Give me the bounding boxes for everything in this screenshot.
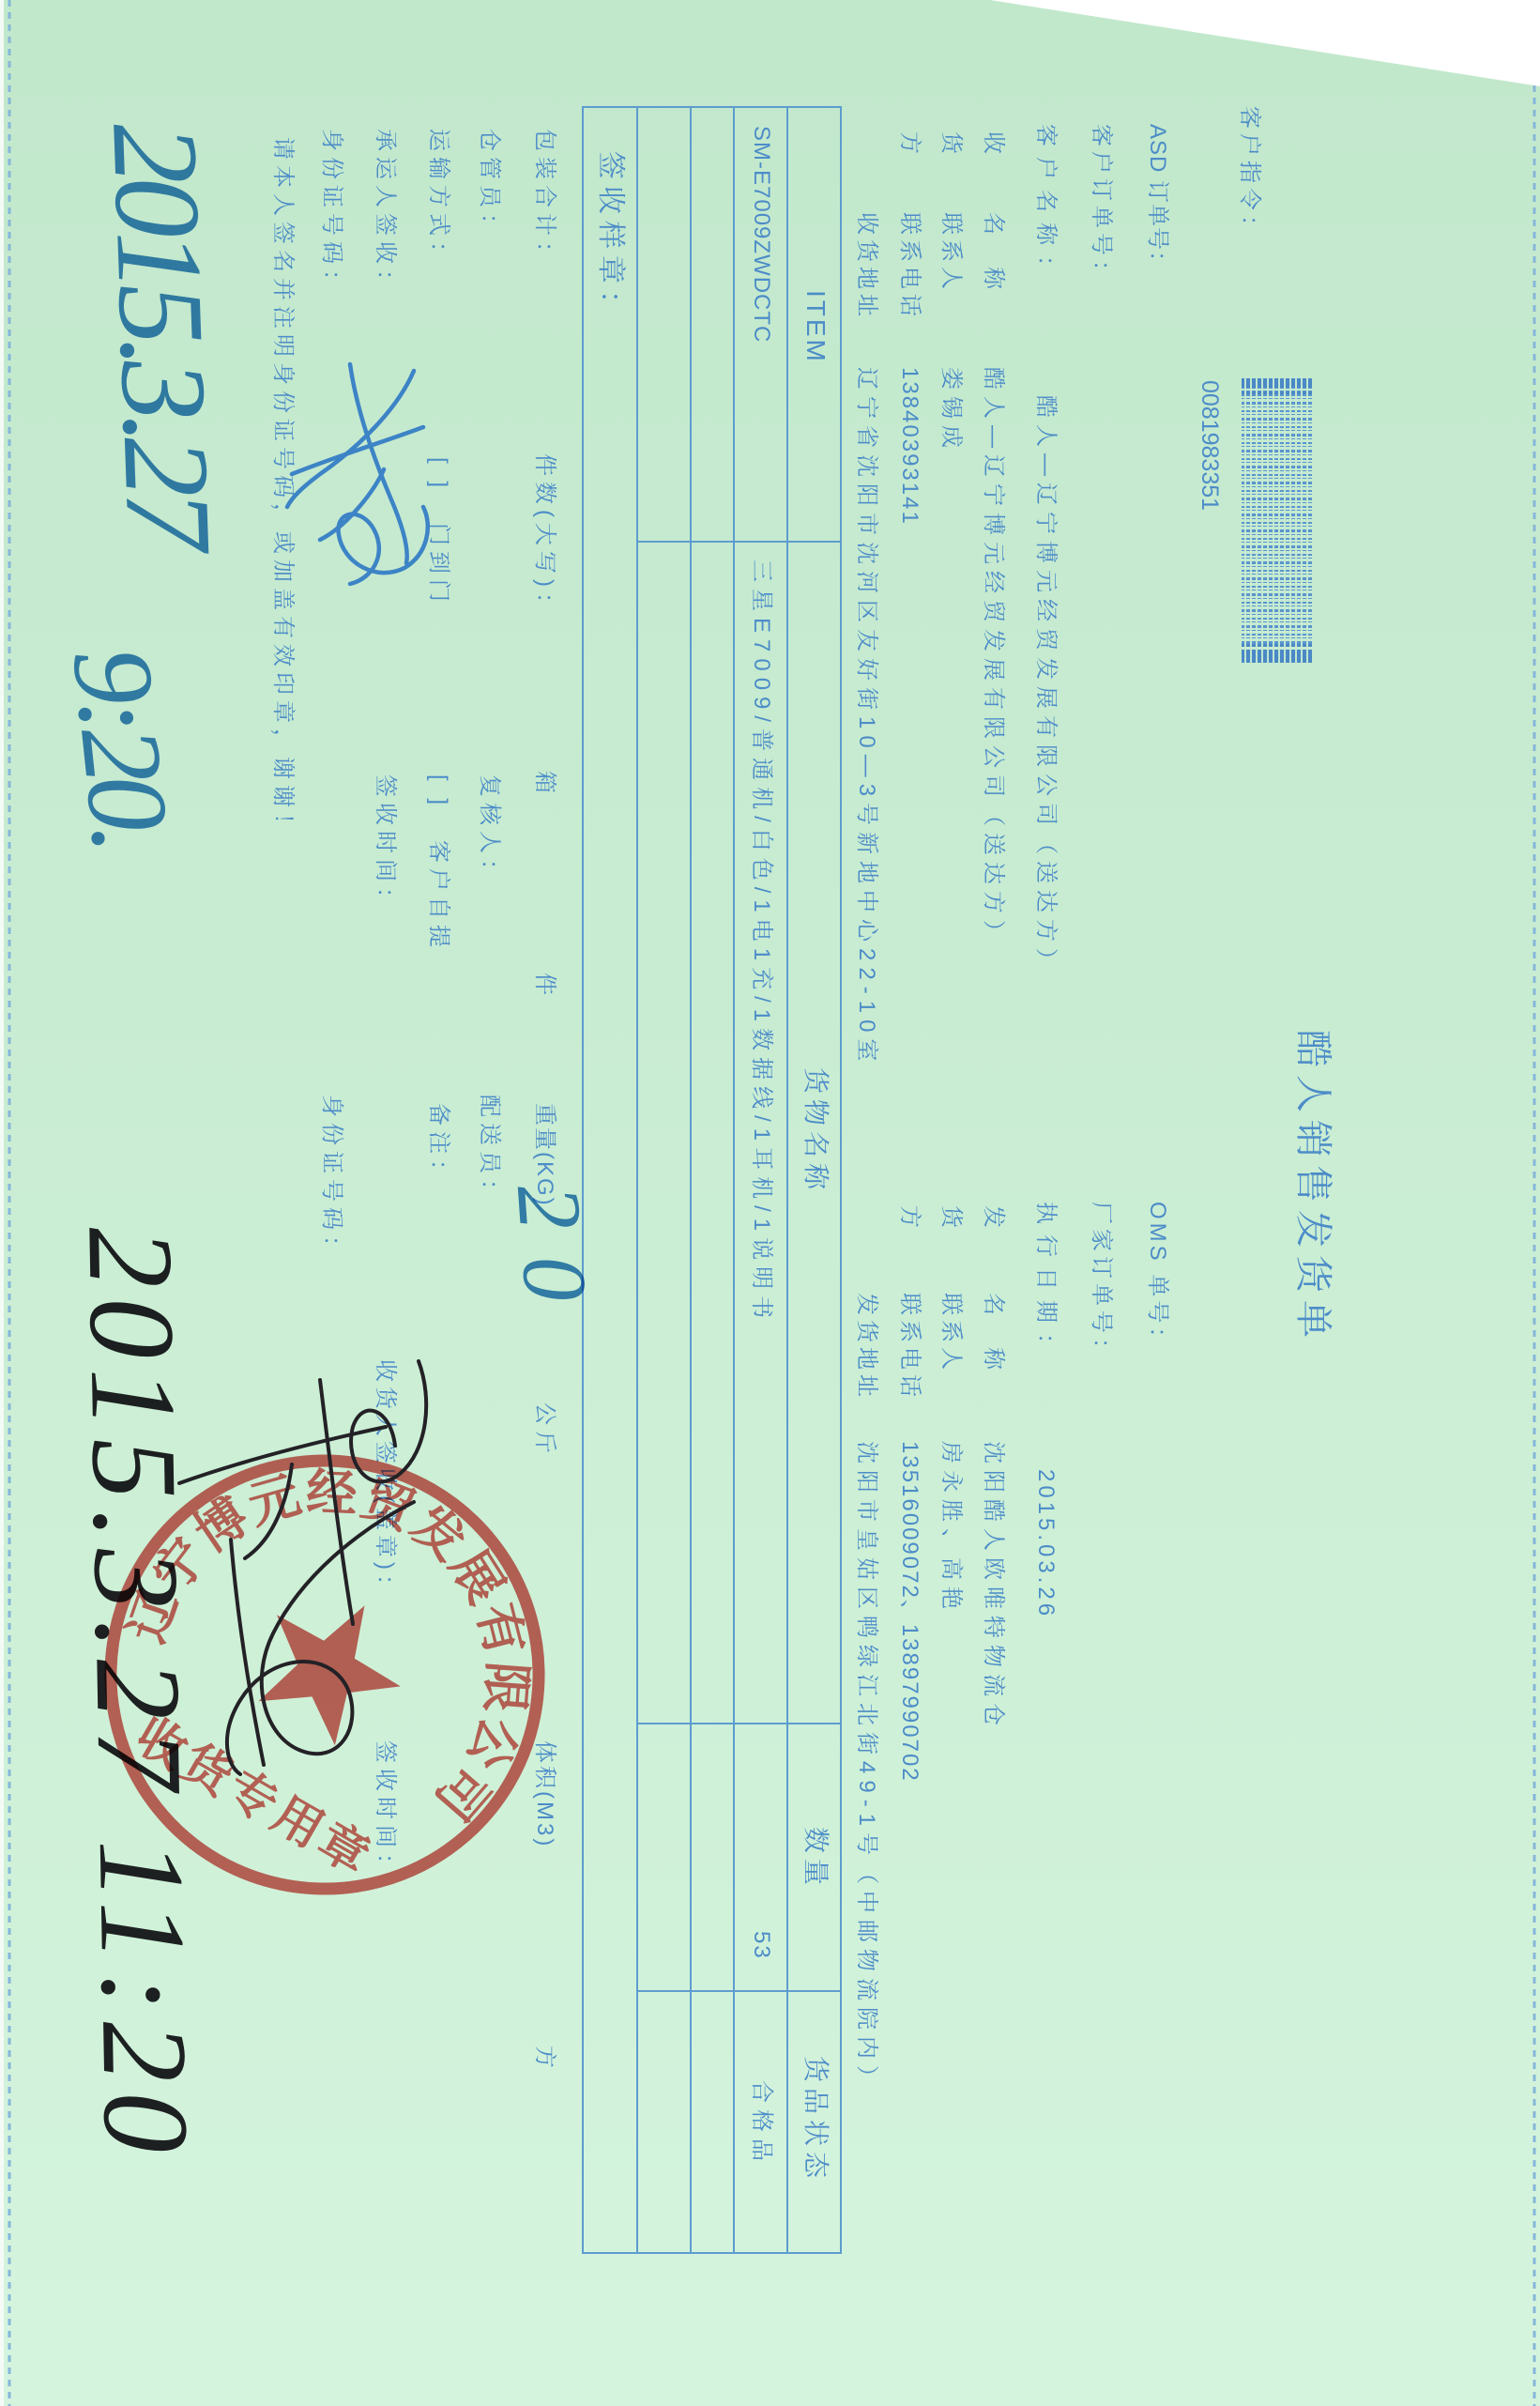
self-pickup-label: 客户自提 bbox=[427, 840, 450, 953]
shipper-name-label: 名 称 bbox=[982, 1293, 1004, 1374]
shipper-address-label: 发货地址 bbox=[855, 1293, 877, 1402]
row-status: 合格品 bbox=[750, 2080, 772, 2168]
table-rule bbox=[690, 106, 692, 2254]
shipper-name-value: 沈阳酷人欧唯特物流仓 bbox=[982, 1441, 1004, 1732]
door-to-door-checkbox: [ ] bbox=[427, 457, 450, 493]
shipper-group-char-3: 方 bbox=[898, 1205, 921, 1233]
handwritten-weight: 20 bbox=[503, 1182, 602, 1330]
factory-order-label: 厂家订单号： bbox=[1090, 1202, 1112, 1365]
shipper-contact-label: 联系人 bbox=[939, 1293, 962, 1374]
consignee-phone-label: 联系电话 bbox=[898, 212, 921, 321]
oms-order-label: OMS 单号： bbox=[1146, 1202, 1168, 1353]
execution-date-label: 执行日期： bbox=[1034, 1202, 1057, 1366]
dispatcher-label: 配送员： bbox=[478, 1095, 500, 1207]
signature-instruction-note: 请本人签名并注明身份证号码，或加盖有效印章，谢谢！ bbox=[271, 137, 294, 841]
row-goods-name: 三星E7009/普通机/白色/1电1充/1数据线/1耳机/1说明书 bbox=[750, 559, 772, 1325]
row-quantity: 53 bbox=[750, 1931, 772, 1960]
bottom-paper-edge bbox=[0, 0, 4, 2406]
carrier-sign-time-label: 签收时间： bbox=[374, 774, 396, 915]
document-title: 酷人销售发货单 bbox=[1294, 1030, 1332, 1345]
carrier-sign-label: 承运人签收： bbox=[374, 129, 396, 298]
table-column-divider bbox=[638, 541, 842, 543]
table-column-divider bbox=[638, 1990, 842, 1992]
table-rule bbox=[636, 106, 638, 2254]
carrier-id-label: 身份证号码： bbox=[320, 129, 343, 298]
carrier-signature bbox=[287, 364, 428, 584]
consignee-phone-value: 13840393141 bbox=[898, 367, 921, 526]
consignee-name-label: 名 称 bbox=[982, 212, 1004, 294]
warehouse-keeper-label: 仓管员： bbox=[478, 129, 500, 241]
consignee-group-char-2: 货 bbox=[939, 131, 962, 159]
row-item-code: SM-E7009ZWDCTC bbox=[750, 126, 772, 343]
execution-date-value: 2015.03.26 bbox=[1034, 1469, 1057, 1619]
door-to-door-label: 门到门 bbox=[427, 523, 450, 607]
shipper-group-char-2: 货 bbox=[939, 1205, 962, 1233]
table-rule bbox=[733, 106, 735, 2254]
packing-total-label: 包装合计： bbox=[533, 129, 556, 269]
paper-corner-gap bbox=[990, 0, 1540, 86]
consignee-group-char-1: 收 bbox=[982, 131, 1004, 159]
self-pickup-checkbox: [ ] bbox=[427, 774, 450, 810]
reviewer-label: 复核人： bbox=[478, 774, 500, 887]
customer-name-value: 酷人—辽宁博元经贸发展有限公司（送达方） bbox=[1034, 395, 1057, 977]
shipper-phone-value: 13516009072、13897990702 bbox=[898, 1441, 921, 1783]
customer-order-label: 客户订单号： bbox=[1090, 124, 1112, 287]
shipper-contact-value: 房永胜、高艳 bbox=[939, 1441, 962, 1616]
piece-unit: 件 bbox=[533, 973, 556, 1000]
table-header-item: ITEM bbox=[802, 290, 829, 364]
table-header-status: 货品状态 bbox=[802, 2056, 829, 2184]
consignee-contact-label: 联系人 bbox=[939, 212, 962, 294]
consignee-contact-value: 娄锡成 bbox=[939, 367, 962, 454]
transport-label: 运输方式： bbox=[427, 129, 450, 269]
barcode-number: 0081983351 bbox=[1197, 380, 1221, 511]
weight-unit: 公斤 bbox=[533, 1402, 556, 1459]
consignee-id-label: 身份证号码： bbox=[320, 1095, 343, 1264]
handwritten-carrier-time: 9:20. bbox=[54, 642, 187, 850]
pieces-label: 件数(大写)： bbox=[533, 453, 556, 621]
customer-instruction-label: 客户指令： bbox=[1238, 106, 1260, 242]
consignee-address-value: 辽宁省沈阳市沈河区友好街10—3号新地中心22-10室 bbox=[855, 367, 877, 1067]
customer-name-label: 客户名称： bbox=[1034, 124, 1057, 288]
consignee-group-char-3: 方 bbox=[898, 131, 921, 159]
handwritten-carrier-date: 2015.3.27 bbox=[93, 121, 230, 545]
table-rule bbox=[786, 106, 788, 2254]
box-unit: 箱 bbox=[533, 771, 556, 798]
barcode bbox=[1242, 378, 1312, 663]
handwritten-consignee-datetime: 2015.3.27 11:20 bbox=[69, 1226, 206, 2163]
shipper-address-value: 沈阳市皇姑区鸭绿江北街49-1号（中邮物流院内） bbox=[855, 1441, 877, 2094]
table-column-divider bbox=[638, 1723, 842, 1724]
consignee-name-value: 酷人—辽宁博元经贸发展有限公司（送达方） bbox=[982, 367, 1004, 949]
volume-unit: 方 bbox=[533, 2046, 556, 2073]
stamp-star-icon bbox=[235, 1570, 426, 1758]
remark-label: 备注： bbox=[427, 1103, 450, 1188]
consignee-address-label: 收货地址 bbox=[855, 212, 877, 321]
asd-order-label: ASD 订单号： bbox=[1146, 124, 1168, 274]
table-header-goods-name: 货物名称 bbox=[802, 1067, 829, 1195]
shipper-group-char-1: 发 bbox=[982, 1205, 1004, 1233]
shipper-phone-label: 联系电话 bbox=[898, 1293, 921, 1402]
delivery-note-sheet: 酷人销售发货单 客户指令： 0081983351 ASD 订单号： 客户订单号：… bbox=[0, 0, 1540, 2406]
table-header-quantity: 数量 bbox=[802, 1827, 829, 1891]
sign-sample-label: 签收样章： bbox=[596, 151, 624, 325]
